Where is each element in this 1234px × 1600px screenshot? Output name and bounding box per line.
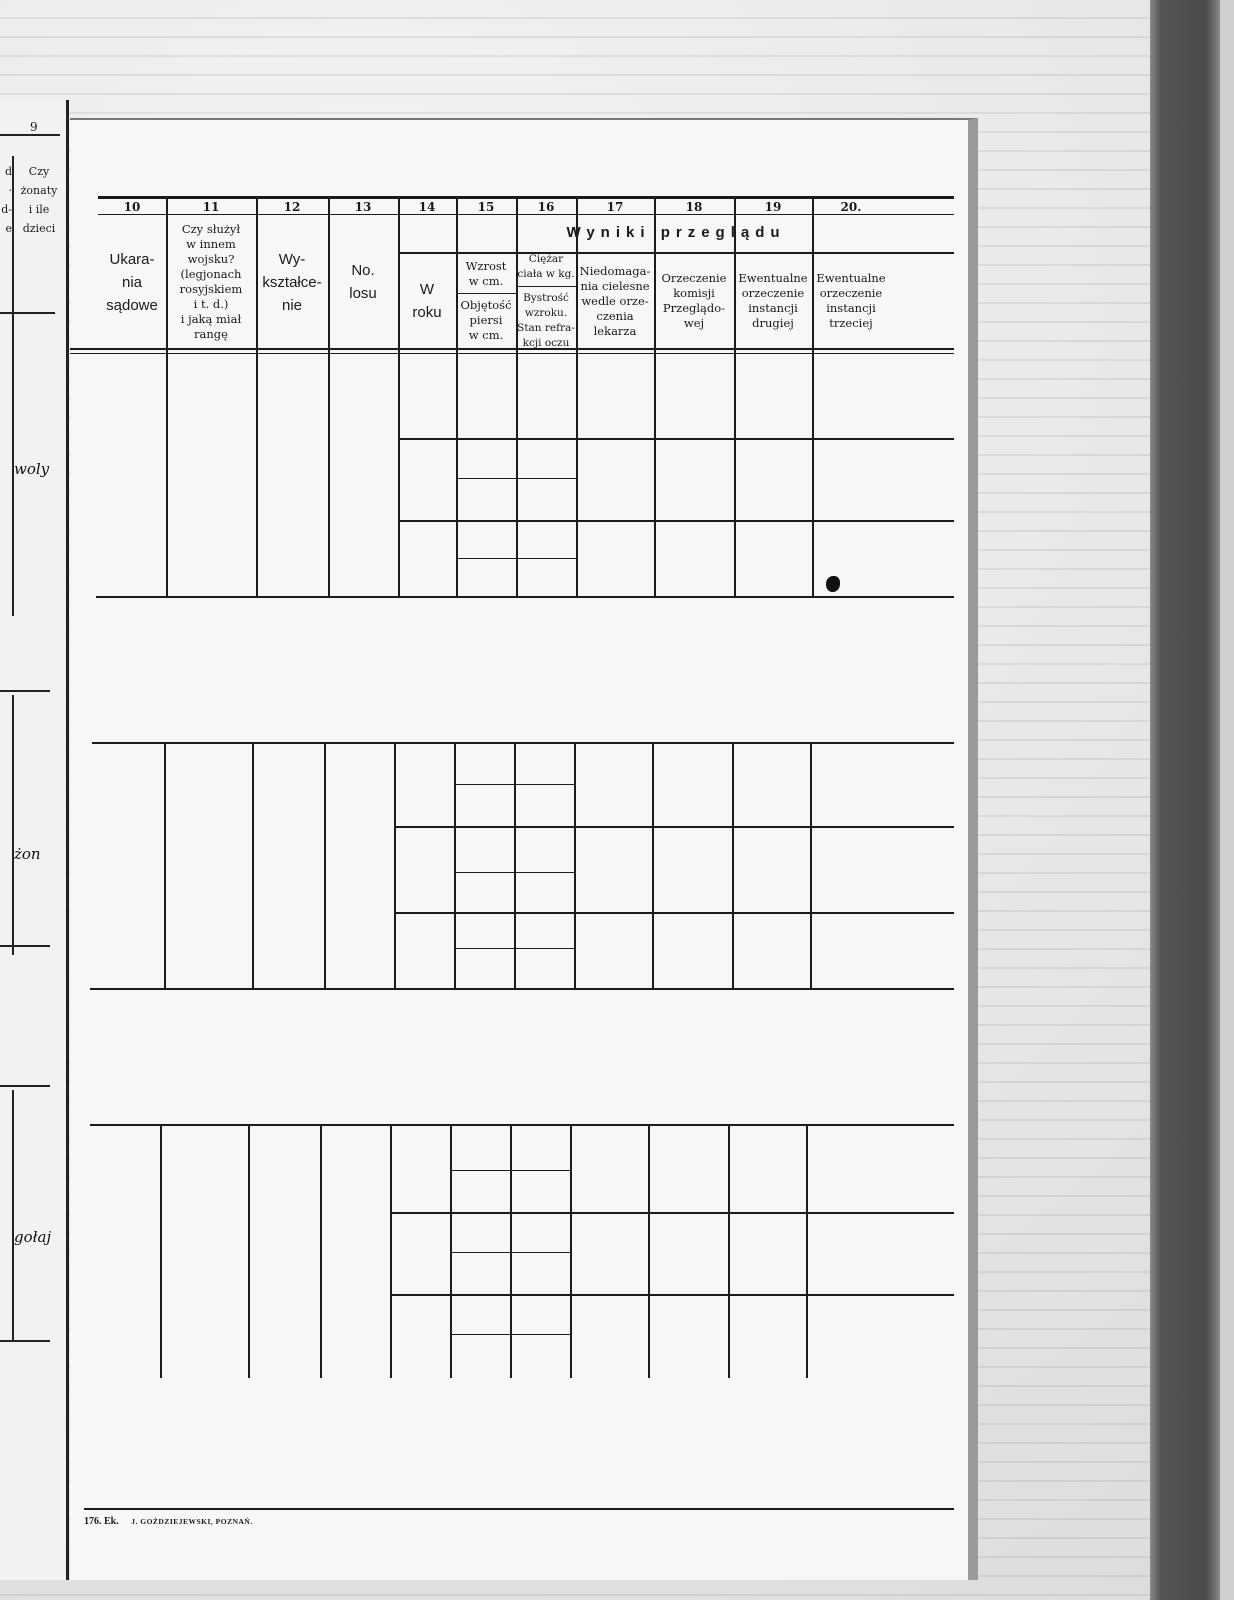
column-9-header: Czy żonaty i ile dzieci (16, 162, 62, 238)
column-divider (732, 744, 734, 990)
header-w-roku: W roku (398, 254, 456, 348)
column-number-18: 18 (654, 200, 734, 214)
header-bottom-rule-thin (70, 353, 954, 354)
column-divider (248, 1126, 250, 1378)
row-rule (0, 1340, 50, 1342)
column-divider (164, 744, 166, 990)
header-ukarania-sadowe: Ukara- nia sądowe (98, 216, 166, 348)
row-rule (394, 912, 954, 914)
header-niedomagania: Niedomaga- nia cielesne wedle orze- czen… (576, 254, 654, 348)
form-number: 176. Ek. (84, 1516, 119, 1527)
column-divider (256, 198, 258, 596)
column-divider (394, 744, 396, 990)
row-rule (0, 945, 50, 947)
column-divider (574, 744, 576, 990)
ink-blot (826, 576, 840, 592)
column-divider (160, 1126, 162, 1378)
column-divider (328, 198, 330, 596)
footer-rule (84, 1508, 954, 1510)
sub-row-rule (456, 478, 576, 479)
sub-row-rule (450, 1334, 570, 1335)
row-rule (0, 690, 50, 692)
column-number-19: 19 (734, 200, 812, 214)
column-number-10: 10 (98, 200, 166, 214)
header-ciezar-bystrosc: Ciężar ciała w kg. Bystrość wzroku. Stan… (516, 254, 576, 348)
column-divider (390, 1126, 392, 1378)
header-rule (0, 312, 55, 314)
column-number-9: 9 (30, 120, 38, 134)
column-8-header-fragment: d · d- e (0, 162, 12, 238)
scanner-shadow-strip (1150, 0, 1220, 1600)
header-wzrost-objetosc: Wzrost w cm. Objętość piersi w cm. (456, 254, 516, 348)
column-divider (806, 1126, 808, 1378)
row-rule (390, 1294, 954, 1296)
column-divider (324, 744, 326, 990)
sub-row-rule (456, 558, 576, 559)
header-orzeczenie-komisji: Orzeczenie komisji Przeglądo- wej (654, 254, 734, 348)
column-number-rule (98, 214, 954, 215)
header-sluzba-wojskowa: Czy służył w innem wojsku? (legjonach ro… (166, 216, 256, 348)
header-instancja-druga: Ewentualne orzeczenie instancji drugiej (734, 254, 812, 348)
column-divider (570, 1126, 572, 1378)
sub-row-rule (450, 1252, 570, 1253)
column-divider (576, 198, 578, 596)
form-page: 10 11 12 13 14 15 16 17 18 19 20. Wyniki… (70, 118, 978, 1580)
column-divider (728, 1126, 730, 1378)
column-number-13: 13 (328, 200, 398, 214)
handwritten-entry: gołaj (14, 1228, 51, 1246)
form-footer: 176. Ek. J. GOŻDZIEJEWSKI, POZNAŃ. (84, 1516, 253, 1527)
column-number-15: 15 (456, 200, 516, 214)
publisher-imprint: J. GOŻDZIEJEWSKI, POZNAŃ. (131, 1517, 252, 1526)
header-rule (0, 134, 60, 136)
column-divider (734, 198, 736, 596)
handwritten-entry: żon (14, 845, 41, 863)
column-number-14: 14 (398, 200, 456, 214)
column-divider (652, 744, 654, 990)
column-divider (12, 1090, 14, 1340)
column-divider (454, 744, 456, 990)
group-title-wyniki-przegladu: Wyniki przeglądu (398, 224, 954, 241)
column-divider (648, 1126, 650, 1378)
header-instancja-trzecia: Ewentualne orzeczenie instancji trzeciej (812, 254, 890, 348)
column-divider (516, 198, 518, 596)
header-no-losu: No. losu (328, 216, 398, 348)
handwritten-entry: woly (14, 460, 49, 478)
binding-spine (66, 100, 69, 1580)
block-top-rule (92, 742, 954, 744)
sub-row-rule (454, 784, 574, 785)
block-top-rule (90, 1124, 954, 1126)
row-rule (398, 438, 954, 440)
row-rule (398, 520, 954, 522)
left-facing-page: 9 d · d- e Czy żonaty i ile dzieci woly … (0, 100, 69, 1580)
column-divider (12, 695, 14, 955)
sub-row-rule (450, 1170, 570, 1171)
row-rule (0, 1085, 50, 1087)
block-bottom-rule (90, 988, 954, 990)
row-rule (390, 1212, 954, 1214)
header-bottom-rule (70, 348, 954, 350)
top-rule (98, 196, 954, 199)
column-divider (398, 198, 400, 596)
column-divider (810, 744, 812, 990)
column-number-17: 17 (576, 200, 654, 214)
row-rule (394, 826, 954, 828)
scanner-edge (1220, 0, 1234, 1600)
column-divider (514, 744, 516, 990)
header-wyksztalcenie: Wy- kształce- nie (256, 216, 328, 348)
column-divider (252, 744, 254, 990)
block-bottom-rule (96, 596, 954, 598)
sub-row-rule (454, 872, 574, 873)
column-number-11: 11 (166, 200, 256, 214)
column-divider (12, 156, 14, 616)
sub-row-rule (454, 948, 574, 949)
column-divider (654, 198, 656, 596)
column-number-20: 20. (812, 200, 890, 214)
column-number-12: 12 (256, 200, 328, 214)
column-divider (320, 1126, 322, 1378)
column-number-16: 16 (516, 200, 576, 214)
column-divider (166, 198, 168, 596)
column-divider (456, 198, 458, 596)
column-divider (812, 198, 814, 596)
